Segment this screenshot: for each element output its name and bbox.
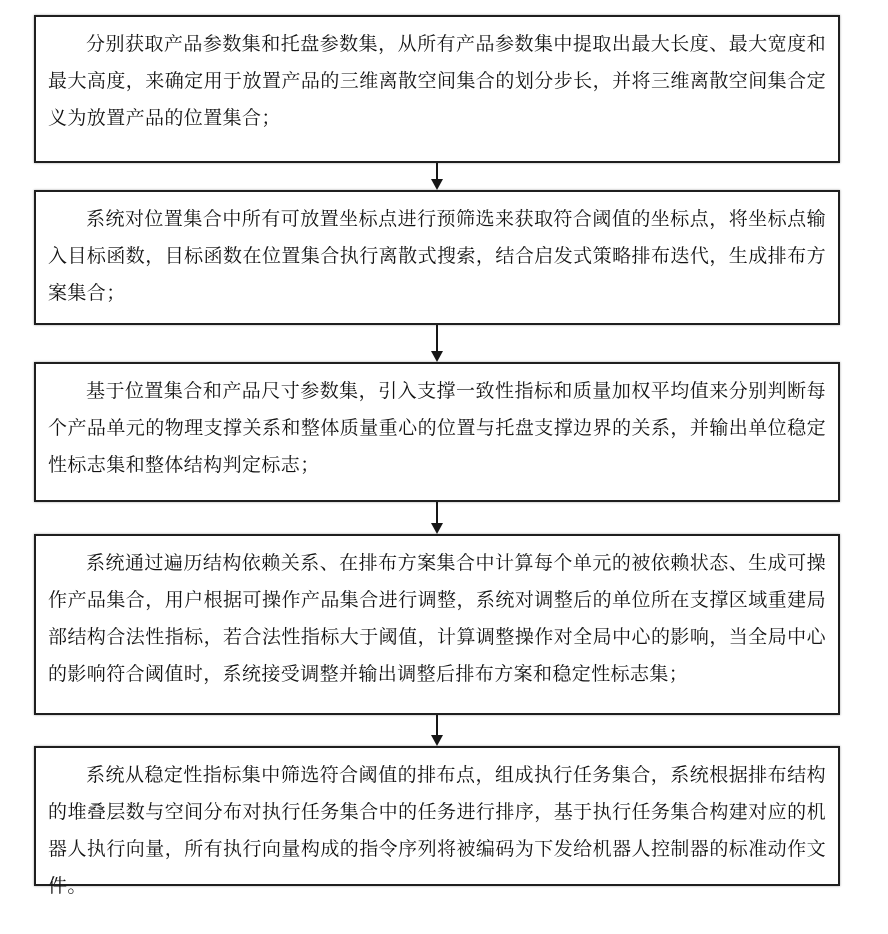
flowchart-step-4-text: 系统通过遍历结构依赖关系、在排布方案集合中计算每个单元的被依赖状态、生成可操作产… (48, 545, 826, 693)
arrow-head (431, 735, 443, 746)
flowchart-step-2-text: 系统对位置集合中所有可放置坐标点进行预筛选来获取符合阈值的坐标点，将坐标点输入目… (48, 201, 826, 312)
flowchart-step-2: 系统对位置集合中所有可放置坐标点进行预筛选来获取符合阈值的坐标点，将坐标点输入目… (34, 190, 840, 325)
flow-arrow-down-4-icon (430, 715, 444, 746)
flow-arrow-down-2-icon (430, 325, 444, 362)
flowchart-step-1: 分别获取产品参数集和托盘参数集，从所有产品参数集中提取出最大长度、最大宽度和最大… (34, 15, 840, 163)
patent-flowchart-figure: 分别获取产品参数集和托盘参数集，从所有产品参数集中提取出最大长度、最大宽度和最大… (0, 0, 888, 934)
flowchart-step-3: 基于位置集合和产品尺寸参数集，引入支撑一致性指标和质量加权平均值来分别判断每个产… (34, 362, 840, 502)
flow-arrow-down-3-icon (430, 502, 444, 534)
flowchart-step-5: 系统从稳定性指标集中筛选符合阈值的排布点，组成执行任务集合，系统根据排布结构的堆… (34, 746, 840, 886)
flowchart-step-1-text: 分别获取产品参数集和托盘参数集，从所有产品参数集中提取出最大长度、最大宽度和最大… (48, 26, 826, 137)
flow-arrow-down-1-icon (430, 163, 444, 190)
flowchart-step-5-text: 系统从稳定性指标集中筛选符合阈值的排布点，组成执行任务集合，系统根据排布结构的堆… (48, 757, 826, 905)
flowchart-step-4: 系统通过遍历结构依赖关系、在排布方案集合中计算每个单元的被依赖状态、生成可操作产… (34, 534, 840, 715)
arrow-stem (436, 325, 438, 351)
arrow-head (431, 179, 443, 190)
arrow-stem (436, 715, 438, 735)
arrow-head (431, 523, 443, 534)
arrow-stem (436, 502, 438, 523)
arrow-head (431, 351, 443, 362)
flowchart-step-3-text: 基于位置集合和产品尺寸参数集，引入支撑一致性指标和质量加权平均值来分别判断每个产… (48, 373, 826, 484)
arrow-stem (436, 163, 438, 179)
